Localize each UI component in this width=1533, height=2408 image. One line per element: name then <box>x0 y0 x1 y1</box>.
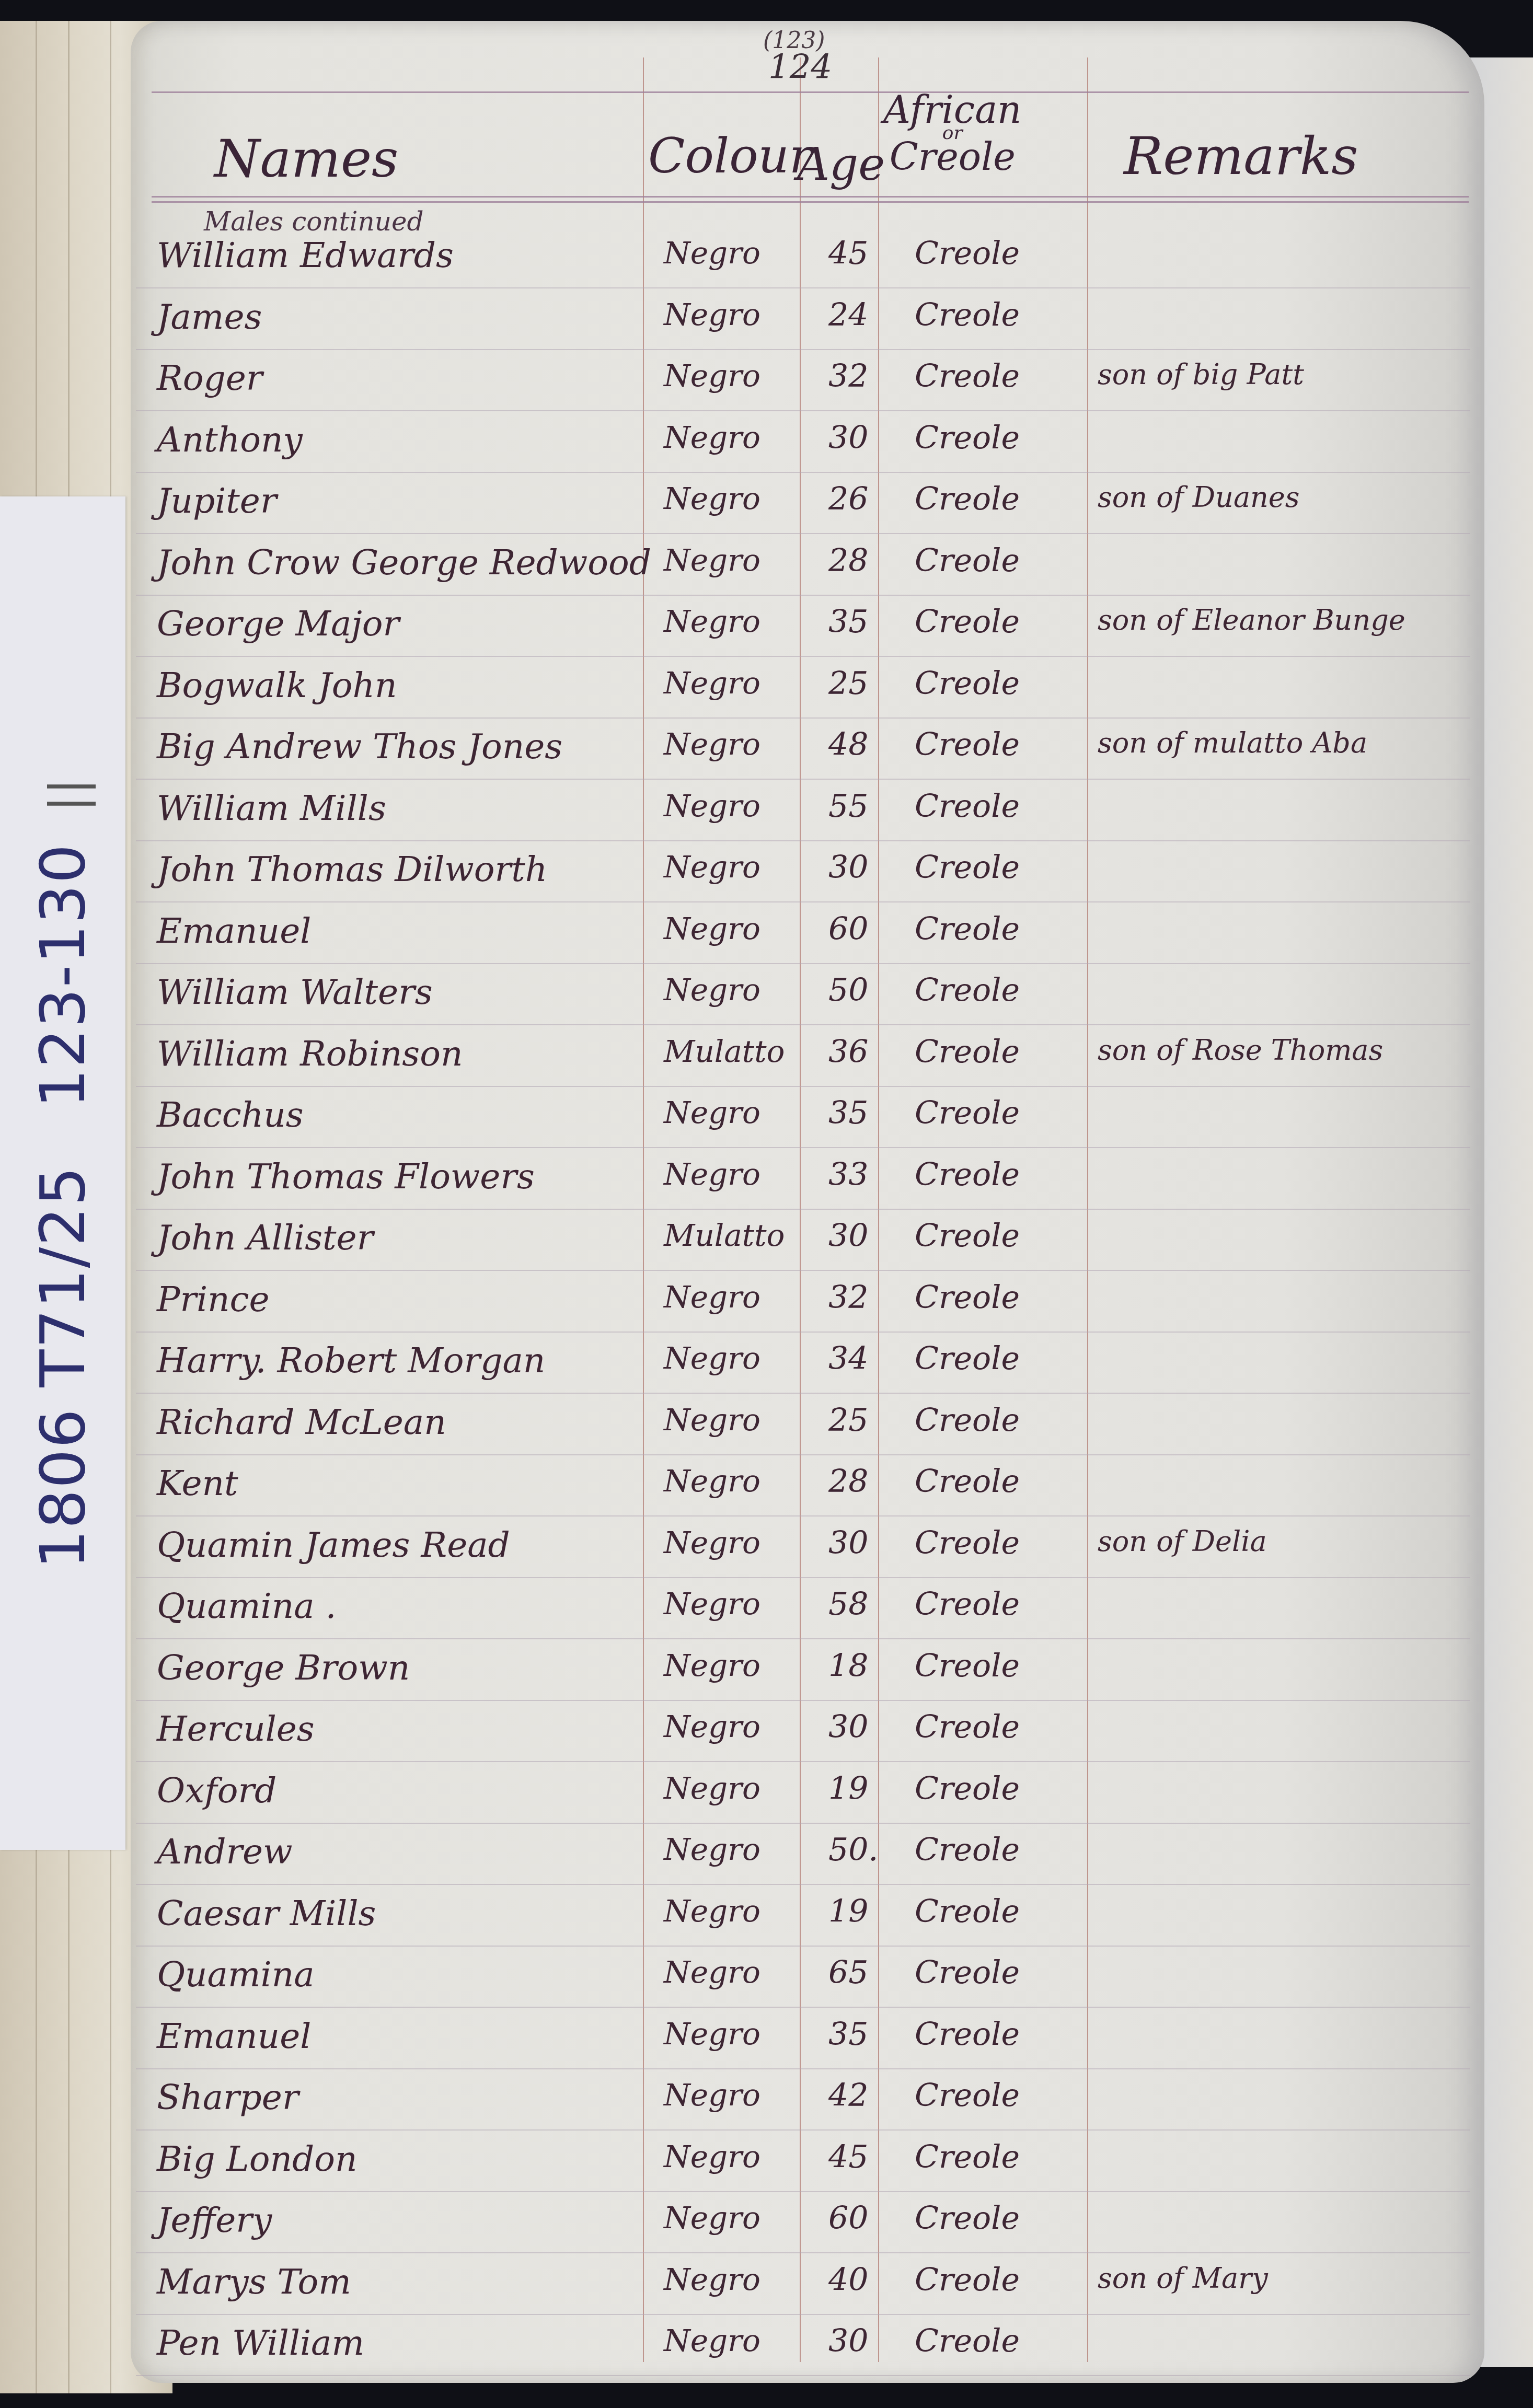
age-cell: 34 <box>828 1340 868 1377</box>
name-cell: Roger <box>157 358 262 398</box>
origin-cell: Creole <box>915 604 1020 640</box>
table-row: George MajorNegro35Creoleson of Eleanor … <box>0 604 1533 665</box>
origin-cell: Creole <box>915 2323 1020 2359</box>
name-cell: George Brown <box>157 1648 410 1688</box>
remarks-cell: son of Mary <box>1098 2262 1268 2295</box>
name-cell: William Walters <box>157 972 433 1012</box>
name-cell: Quamin James Read <box>157 1525 510 1565</box>
colour-cell: Negro <box>664 1770 760 1806</box>
name-cell: Big London <box>157 2139 357 2179</box>
age-cell: 30 <box>828 1525 868 1561</box>
colour-cell: Negro <box>664 1648 760 1683</box>
age-cell: 40 <box>828 2262 868 2298</box>
colour-cell: Negro <box>664 911 760 946</box>
age-cell: 30 <box>828 1218 868 1254</box>
name-cell: Big Andrew Thos Jones <box>157 726 562 767</box>
name-cell: George Major <box>157 604 399 644</box>
header-african: African <box>883 94 1021 125</box>
colour-cell: Negro <box>664 1954 760 1990</box>
colour-cell: Negro <box>664 2016 760 2052</box>
name-cell: William Robinson <box>157 1034 463 1074</box>
colour-cell: Negro <box>664 1402 760 1438</box>
origin-cell: Creole <box>915 1156 1020 1193</box>
header-names: Names <box>214 128 398 189</box>
colour-cell: Negro <box>664 542 760 578</box>
table-row: John Thomas FlowersNegro33Creole <box>0 1156 1533 1218</box>
colour-cell: Negro <box>664 604 760 639</box>
name-cell: Oxford <box>157 1770 276 1811</box>
remarks-cell: son of Eleanor Bunge <box>1098 604 1405 636</box>
remarks-cell: son of Delia <box>1098 1525 1267 1558</box>
table-row: Caesar MillsNegro19Creole <box>0 1893 1533 1954</box>
table-row: Marys TomNegro40Creoleson of Mary <box>0 2262 1533 2323</box>
origin-cell: Creole <box>915 1709 1020 1745</box>
colour-cell: Negro <box>664 665 760 701</box>
name-cell: William Edwards <box>157 235 454 275</box>
colour-cell: Negro <box>664 420 760 455</box>
origin-cell: Creole <box>915 481 1020 517</box>
colour-cell: Negro <box>664 1586 760 1622</box>
colour-cell: Negro <box>664 1095 760 1130</box>
name-cell: Emanuel <box>157 2016 311 2056</box>
colour-cell: Negro <box>664 2139 760 2174</box>
colour-cell: Negro <box>664 1340 760 1376</box>
marker-bars: || <box>40 778 96 812</box>
age-cell: 32 <box>828 1279 868 1316</box>
age-cell: 35 <box>828 2016 868 2053</box>
table-row: AndrewNegro50.Creole <box>0 1832 1533 1893</box>
name-cell: Prince <box>157 1279 270 1319</box>
page-number: 124 <box>768 48 832 87</box>
table-row: Big LondonNegro45Creole <box>0 2139 1533 2200</box>
colour-cell: Negro <box>664 2323 760 2358</box>
age-cell: 30 <box>828 2323 868 2359</box>
colour-cell: Negro <box>664 726 760 762</box>
header-bottom-rule <box>152 196 1469 198</box>
table-row: OxfordNegro19Creole <box>0 1770 1533 1832</box>
table-row: PrinceNegro32Creole <box>0 1279 1533 1340</box>
age-cell: 36 <box>828 1034 868 1070</box>
table-row: William RobinsonMulatto36Creoleson of Ro… <box>0 1034 1533 1095</box>
table-row: Quamina .Negro58Creole <box>0 1586 1533 1647</box>
table-row: John Crow George RedwoodNegro28Creole <box>0 542 1533 604</box>
header-colour: Colour <box>648 128 812 184</box>
origin-cell: Creole <box>915 420 1020 456</box>
table-row: BacchusNegro35Creole <box>0 1095 1533 1156</box>
origin-cell: Creole <box>915 1463 1020 1500</box>
colour-cell: Negro <box>664 2262 760 2297</box>
colour-cell: Mulatto <box>664 1218 785 1253</box>
origin-cell: Creole <box>915 2016 1020 2053</box>
table-row: Quamin James ReadNegro30Creoleson of Del… <box>0 1525 1533 1586</box>
age-cell: 45 <box>828 235 868 272</box>
colour-cell: Negro <box>664 1525 760 1560</box>
colour-cell: Negro <box>664 1279 760 1315</box>
name-cell: Jeffery <box>157 2200 272 2240</box>
remarks-cell: son of Rose Thomas <box>1098 1034 1383 1067</box>
name-cell: Quamina <box>157 1954 315 1995</box>
archive-label-text: 1806 T71/25123-130|| <box>27 778 99 1569</box>
age-cell: 25 <box>828 665 868 702</box>
origin-cell: Creole <box>915 2077 1020 2114</box>
age-cell: 50 <box>828 972 868 1009</box>
header-bottom-rule-double <box>152 201 1469 203</box>
table-row: William WaltersNegro50Creole <box>0 972 1533 1033</box>
section-note: Males continued <box>204 206 424 237</box>
origin-cell: Creole <box>915 788 1020 825</box>
age-cell: 28 <box>828 542 868 579</box>
origin-cell: Creole <box>915 358 1020 395</box>
colour-cell: Negro <box>664 358 760 393</box>
name-cell: Quamina . <box>157 1586 336 1626</box>
table-row: William MillsNegro55Creole <box>0 788 1533 849</box>
name-cell: William Mills <box>157 788 386 828</box>
origin-cell: Creole <box>915 1525 1020 1561</box>
age-cell: 19 <box>828 1770 868 1807</box>
name-cell: James <box>157 297 262 337</box>
name-cell: Bogwalk John <box>157 665 397 705</box>
origin-cell: Creole <box>915 1034 1020 1070</box>
age-cell: 19 <box>828 1893 868 1930</box>
name-cell: John Allister <box>157 1218 373 1258</box>
age-cell: 25 <box>828 1402 868 1439</box>
table-row: Harry. Robert MorganNegro34Creole <box>0 1340 1533 1402</box>
colour-cell: Negro <box>664 1463 760 1499</box>
origin-cell: Creole <box>915 2139 1020 2175</box>
colour-cell: Negro <box>664 788 760 824</box>
age-cell: 30 <box>828 1709 868 1745</box>
age-cell: 48 <box>828 726 868 763</box>
name-cell: Pen William <box>157 2323 364 2363</box>
name-cell: Jupiter <box>157 481 276 521</box>
table-row: SharperNegro42Creole <box>0 2077 1533 2138</box>
origin-cell: Creole <box>915 1340 1020 1377</box>
name-cell: Hercules <box>157 1709 315 1749</box>
name-cell: John Crow George Redwood <box>157 542 651 583</box>
age-cell: 32 <box>828 358 868 395</box>
name-cell: Marys Tom <box>157 2262 351 2302</box>
origin-cell: Creole <box>915 297 1020 333</box>
origin-cell: Creole <box>915 1586 1020 1623</box>
age-cell: 58 <box>828 1586 868 1623</box>
colour-cell: Mulatto <box>664 1034 785 1069</box>
origin-cell: Creole <box>915 2262 1020 2298</box>
colour-cell: Negro <box>664 849 760 885</box>
header-top-rule <box>152 91 1469 93</box>
archive-label: 1806 T71/25123-130|| <box>0 496 125 1850</box>
table-row: QuaminaNegro65Creole <box>0 1954 1533 2016</box>
table-row: John AllisterMulatto30Creole <box>0 1218 1533 1279</box>
table-row: RogerNegro32Creoleson of big Patt <box>0 358 1533 419</box>
remarks-cell: son of mulatto Aba <box>1098 726 1367 759</box>
table-row: JamesNegro24Creole <box>0 297 1533 358</box>
age-cell: 65 <box>828 1954 868 1991</box>
colour-cell: Negro <box>664 972 760 1008</box>
age-cell: 45 <box>828 2139 868 2175</box>
age-cell: 50. <box>828 1832 878 1868</box>
age-cell: 30 <box>828 420 868 456</box>
name-cell: Richard McLean <box>157 1402 446 1442</box>
colour-cell: Negro <box>664 481 760 516</box>
origin-cell: Creole <box>915 972 1020 1009</box>
colour-cell: Negro <box>664 297 760 332</box>
origin-cell: Creole <box>915 1770 1020 1807</box>
age-cell: 35 <box>828 604 868 640</box>
age-cell: 26 <box>828 481 868 517</box>
table-row: AnthonyNegro30Creole <box>0 420 1533 481</box>
header-remarks: Remarks <box>1124 125 1358 187</box>
colour-cell: Negro <box>664 2077 760 2113</box>
origin-cell: Creole <box>915 1218 1020 1254</box>
name-cell: John Thomas Flowers <box>157 1156 535 1197</box>
colour-cell: Negro <box>664 235 760 271</box>
name-cell: Caesar Mills <box>157 1893 376 1934</box>
origin-cell: Creole <box>915 665 1020 702</box>
origin-cell: Creole <box>915 726 1020 763</box>
colour-cell: Negro <box>664 1709 760 1744</box>
name-cell: Harry. Robert Morgan <box>157 1340 545 1381</box>
table-row: Bogwalk JohnNegro25Creole <box>0 665 1533 726</box>
table-row: JefferyNegro60Creole <box>0 2200 1533 2261</box>
age-cell: 18 <box>828 1648 868 1684</box>
origin-cell: Creole <box>915 849 1020 886</box>
table-row: EmanuelNegro35Creole <box>0 2016 1533 2077</box>
origin-cell: Creole <box>915 911 1020 947</box>
archive-reference: 1806 T71/25 <box>27 1166 99 1569</box>
name-cell: John Thomas Dilworth <box>157 849 547 889</box>
table-row: William EdwardsNegro45Creole <box>0 235 1533 296</box>
age-cell: 35 <box>828 1095 868 1131</box>
origin-cell: Creole <box>915 1648 1020 1684</box>
age-cell: 60 <box>828 911 868 947</box>
name-cell: Emanuel <box>157 911 311 951</box>
table-row: HerculesNegro30Creole <box>0 1709 1533 1770</box>
name-cell: Anthony <box>157 420 303 460</box>
origin-cell: Creole <box>915 235 1020 272</box>
table-row: Pen WilliamNegro30Creole <box>0 2323 1533 2384</box>
age-cell: 24 <box>828 297 868 333</box>
folio-range: 123-130 <box>27 843 99 1108</box>
origin-cell: Creole <box>915 1402 1020 1439</box>
table-row: EmanuelNegro60Creole <box>0 911 1533 972</box>
colour-cell: Negro <box>664 1156 760 1192</box>
origin-cell: Creole <box>915 2200 1020 2237</box>
origin-cell: Creole <box>915 542 1020 579</box>
table-row: JupiterNegro26Creoleson of Duanes <box>0 481 1533 542</box>
table-row: KentNegro28Creole <box>0 1463 1533 1524</box>
origin-cell: Creole <box>915 1832 1020 1868</box>
age-cell: 42 <box>828 2077 868 2114</box>
table-row: George BrownNegro18Creole <box>0 1648 1533 1709</box>
age-cell: 60 <box>828 2200 868 2237</box>
remarks-cell: son of Duanes <box>1098 481 1300 514</box>
age-cell: 30 <box>828 849 868 886</box>
remarks-cell: son of big Patt <box>1098 358 1304 391</box>
header-creole: Creole <box>883 141 1021 172</box>
age-cell: 33 <box>828 1156 868 1193</box>
name-cell: Bacchus <box>157 1095 304 1135</box>
origin-cell: Creole <box>915 1279 1020 1316</box>
colour-cell: Negro <box>664 1893 760 1929</box>
name-cell: Sharper <box>157 2077 298 2117</box>
name-cell: Andrew <box>157 1832 293 1872</box>
header-age: Age <box>797 138 885 191</box>
name-cell: Kent <box>157 1463 238 1503</box>
origin-cell: Creole <box>915 1893 1020 1930</box>
table-row: Richard McLeanNegro25Creole <box>0 1402 1533 1463</box>
table-row: Big Andrew Thos JonesNegro48Creoleson of… <box>0 726 1533 788</box>
colour-cell: Negro <box>664 1832 760 1867</box>
origin-cell: Creole <box>915 1954 1020 1991</box>
origin-cell: Creole <box>915 1095 1020 1131</box>
header-african-or-creole: African or Creole <box>883 94 1021 172</box>
table-row: John Thomas DilworthNegro30Creole <box>0 849 1533 910</box>
age-cell: 28 <box>828 1463 868 1500</box>
age-cell: 55 <box>828 788 868 825</box>
colour-cell: Negro <box>664 2200 760 2236</box>
